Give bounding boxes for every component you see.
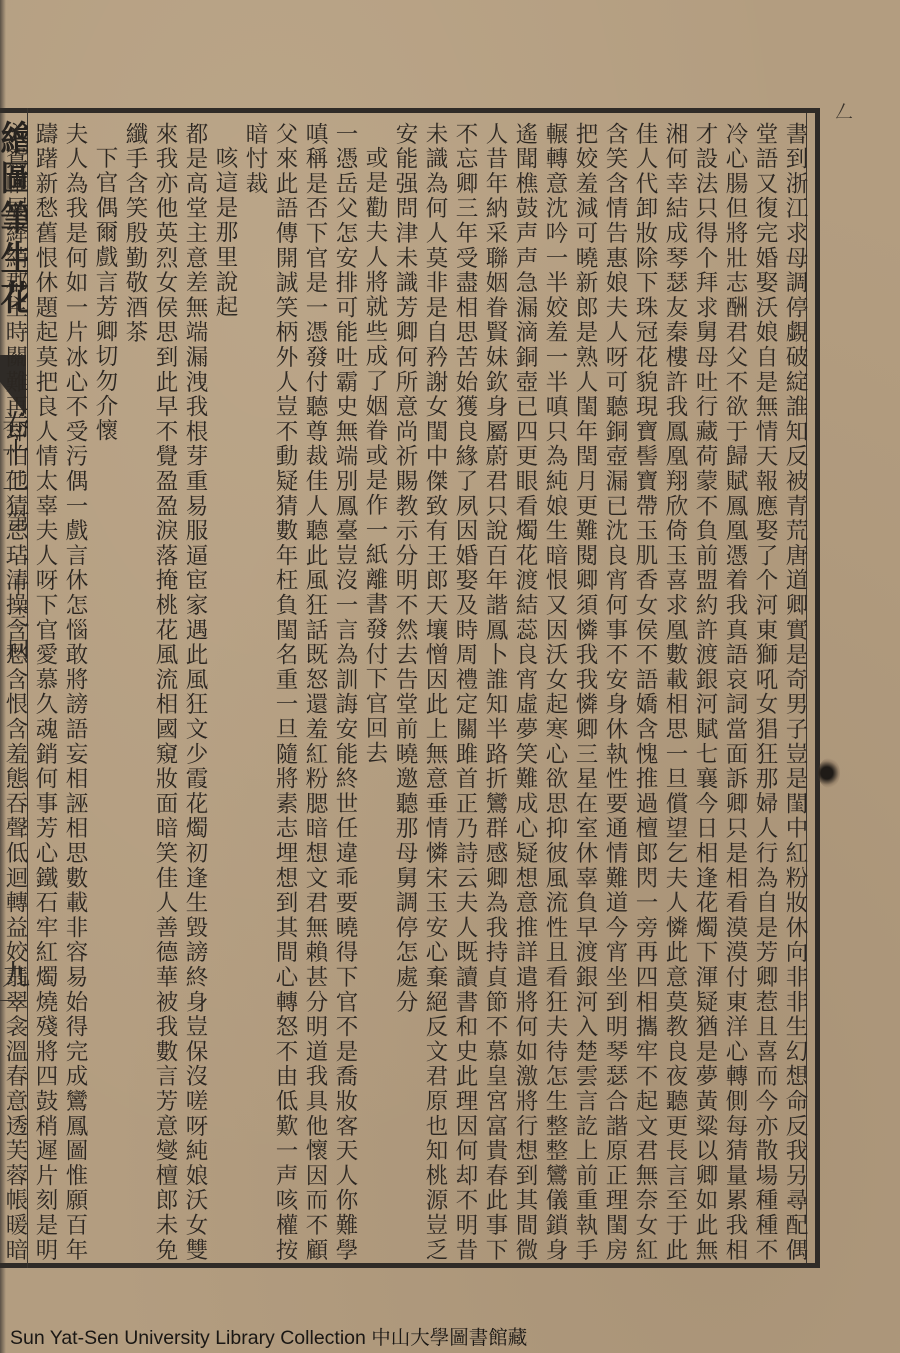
text-column: 含笑含情告惠娘夫人呀可聽銅壺漏已沈良宵何事不安身休執性要通情難道今宵坐到明琴瑟合… <box>600 118 630 1262</box>
text-column: 纖手含笑殷勤敬酒茶 <box>120 118 150 1262</box>
text-column: 或是勸夫人將就些成了姻眷或是作一紙離書發付下官回去 <box>360 118 390 1286</box>
text-column: 安能强問津未識芳卿何所意尚祈賜教示分明不然去告堂前曉邀聽那母舅調停怎處分 <box>390 118 420 1262</box>
text-column: 咳這是那里說起 <box>210 118 240 1286</box>
margin-mark: 𠃋 <box>835 98 853 124</box>
text-column: 佳人代卸妝除下珠冠花貌現寶髻寶帶玉肌香女侯不語嬌含愧推過檀郎閃一旁再四相攜牢不起… <box>630 118 660 1262</box>
text-column: 躊躇新愁舊恨休題起莫把良人情太辜夫人呀下官愛慕久魂銷何事芳心鐵石牢紅燭燒殘將四鼓… <box>30 118 60 1262</box>
text-column: 不忘卿三年受盡相思苦始獲良緣了夙因婚娶及時周禮定關雎首正乃詩云夫人既讀書和史此理… <box>450 118 480 1262</box>
text-column: 父來此語傳開誠笑柄外人豈不動疑猜數年枉負閨名重一旦隨將素志埋想到其間心轉怒不由低… <box>270 118 300 1262</box>
text-column: 堂語又復完婚娶沃娘自是無情天報應娶了个河東獅吼女猖狂那婦人行為自是芳卿惹且喜而今… <box>750 118 780 1262</box>
text-column: 夫人為我是何如一片冰心不受污偶一戲言休怎惱敢將謗語妄相誣相思數載非容易始得完成鸞… <box>60 118 90 1262</box>
text-column: 湘何幸結成琴瑟友秦樓許我鳳凰翔欣倚玉喜求凰數載相思一旦償望乞夫人憐此意莫教良夜聽… <box>660 118 690 1262</box>
text-column: 書到浙江求母調停覷破綻誰知反被青荒唐道卿實是奇男子豈是閨中紅粉妝休向非非生幻想命… <box>780 118 810 1262</box>
body-text-columns: 書到浙江求母調停覷破綻誰知反被青荒唐道卿實是奇男子豈是閨中紅粉妝休向非非生幻想命… <box>30 118 810 1263</box>
text-column: 下官偶爾戲言芳卿切勿介懷 <box>90 118 120 1286</box>
text-column: 暗忖裁 <box>240 118 270 1262</box>
text-column: 入鴛帷展絳綃郡主時關難再却怕他猜忌玷清操含愁含恨含羞態吞聲低迴轉益姣翡翠衾溫春意… <box>0 118 30 1262</box>
text-column: 遙聞樵鼓声声急漏滴銅壺已四更眼看燭花渡結蕊良宵虛夢笑難成心疑想意推詳遣將何如激將… <box>510 118 540 1262</box>
text-column: 未識為何人莫非是自矜謝女閨中傑致有王郎天壤憎因此上無意垂情憐宋玉安心棄絕反文君原… <box>420 118 450 1262</box>
text-column: 一憑岳父怎安排可能吐霸史無端別鳳臺豈沒一言為訓誨安能終世任違乖要曉得下官不是喬妝… <box>330 118 360 1262</box>
text-column: 把姣羞減可曉新郎是熟人閨年閏月更難閱卿須憐我我憐卿三星在室休辜負早渡銀河入楚雲言… <box>570 118 600 1262</box>
text-column: 嗔稱是否下官是一憑發付聽尊裁佳人聽此風狂話既怒還羞紅粉腮暗想文君無賴甚分明道我具… <box>300 118 330 1262</box>
library-credit: Sun Yat-Sen University Library Collectio… <box>10 1322 527 1350</box>
binding-hole <box>818 758 840 788</box>
text-column: 來我亦他英烈女侯思到此早不覺盈盈淚落掩桃花風流相國窺妝面暗笑佳人善德華被我數言芳… <box>150 118 180 1262</box>
text-column: 輾轉意沈吟一半姣羞一半嗔只為純娘生暗恨又因沃女起寒心欲思抑彼風流性且看狂夫待怎生… <box>540 118 570 1262</box>
text-column: 人昔年納采聯姻眷賢妹欽身屬蔚君只說百年諧鳳卜誰知半路折鸞群感卿為我持貞節不慕皇宮… <box>480 118 510 1262</box>
text-column: 都是高堂主意差無端漏洩我根芽重易服逼宦家遇此風狂文少霞花燭初逢生毀謗終身豈保沒嗟… <box>180 118 210 1262</box>
text-column: 冷心腸但將壯志酬君父不欲于歸賦鳳凰憑着我真語哀詞當面訴卿只是相看漠漠付東洋心轉側… <box>720 118 750 1262</box>
text-column: 才設法只得个拜求舅母吐行藏荷蒙不負前盟約許渡銀河賦七襄今日相逢花燭下渾疑猶是夢黃… <box>690 118 720 1262</box>
